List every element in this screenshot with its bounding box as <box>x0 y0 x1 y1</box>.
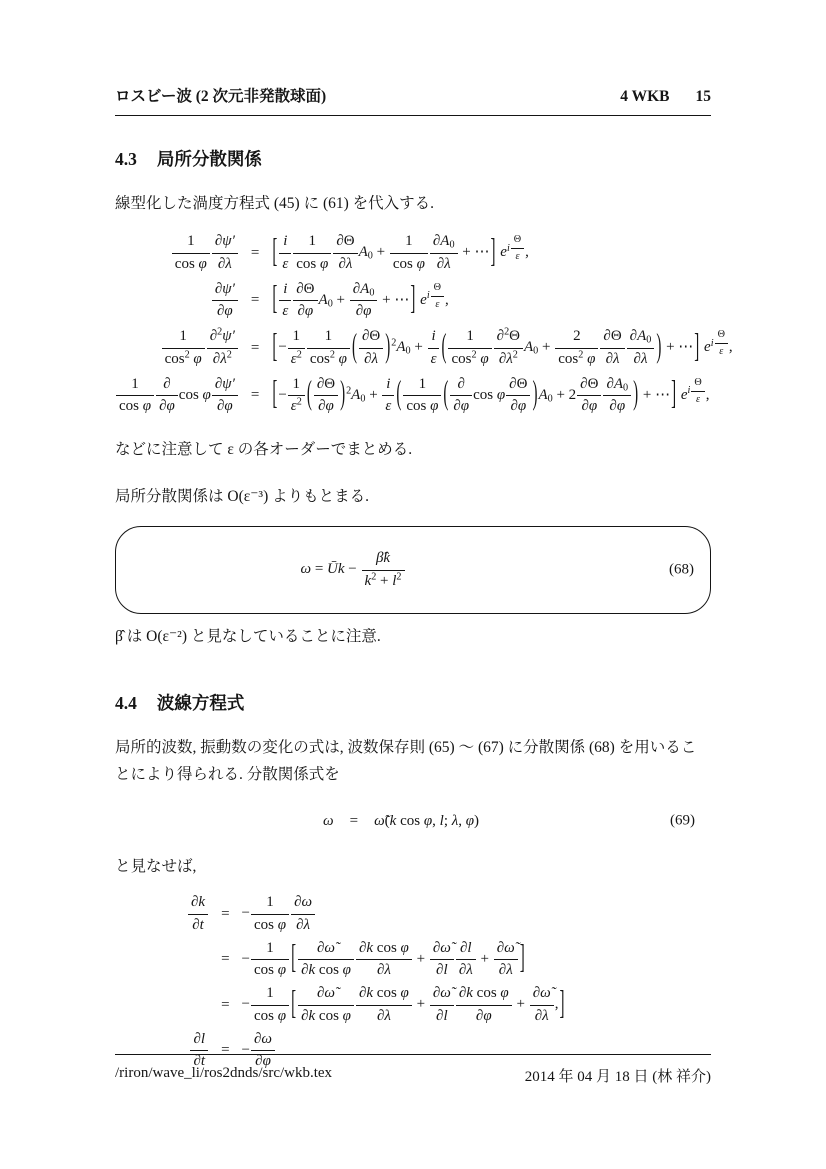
equation-number-68: (68) <box>669 562 694 579</box>
equation-rhs: [−1ε2(∂Θ∂φ)2A0 + iε(1cos φ(∂∂φcos φ∂Θ∂φ)… <box>271 376 732 416</box>
section-heading-4-3: 4.3 局所分散関係 <box>115 146 711 171</box>
equals-sign: = <box>239 387 271 404</box>
equation-block-ray: ∂k∂t = −1cos φ∂ω∂λ = −1cos φ[∂ω̃∂k cos φ… <box>187 894 711 1070</box>
equals-sign: = <box>209 997 241 1014</box>
header-section-label: 4 WKB <box>620 88 669 106</box>
page-header: ロスビー波 (2 次元非発散球面) 4 WKB 15 <box>115 84 711 116</box>
equation-69-line: ω = ω̃(k cos φ, l; λ, φ) (69) <box>115 804 711 838</box>
equation-lhs: 1cos2 φ∂2ψ′∂λ2 <box>161 328 239 368</box>
equals-sign: = <box>334 813 374 830</box>
equation-68: ω = Ūk − β̂kk2 + l2 <box>300 550 405 590</box>
equation-number-69: (69) <box>670 813 695 830</box>
paragraph-intro-4-3: 線型化した渦度方程式 (45) に (61) を代入する. <box>115 191 711 217</box>
equation-lhs: ∂ψ′∂φ <box>211 281 239 321</box>
header-page-number: 15 <box>696 88 712 106</box>
equation-rhs: −1cos φ[∂ω̃∂k cos φ∂k cos φ∂λ + ∂ω̃∂l∂l∂… <box>242 940 566 980</box>
section-title: 局所分散関係 <box>157 146 262 171</box>
section-heading-4-4: 4.4 波線方程式 <box>115 690 711 715</box>
equation-lhs: ω <box>323 813 334 830</box>
equals-sign: = <box>239 340 271 357</box>
paragraph-dispersion: 局所分散関係は O(ε⁻³) よりもとまる. <box>115 484 711 510</box>
equation-rhs: −1cos φ[∂ω̃∂k cos φ∂k cos φ∂λ + ∂ω̃∂l∂k … <box>242 985 566 1025</box>
footer-date-author: 2014 年 04 月 18 日 (林 祥介) <box>525 1065 711 1086</box>
equation-rhs: ω̃(k cos φ, l; λ, φ) <box>374 813 479 830</box>
equation-lhs: 1cos φ∂∂φcos φ∂ψ′∂φ <box>115 376 239 416</box>
paragraph-if: と見なせば, <box>115 854 711 880</box>
boxed-dispersion-relation: ω = Ūk − β̂kk2 + l2 (68) <box>115 526 711 614</box>
page-footer: /riron/wave_li/ros2dnds/src/wkb.tex 2014… <box>115 1054 711 1086</box>
page-content: ロスビー波 (2 次元非発散球面) 4 WKB 15 4.3 局所分散関係 線型… <box>115 0 711 1070</box>
paragraph-beta-note: β̂ は O(ε⁻²) と見なしていることに注意. <box>115 624 711 650</box>
section-number: 4.4 <box>115 693 137 714</box>
equation-block-substitution: 1cos φ∂ψ′∂λ = [iε1cos φ∂Θ∂λA0 + 1cos φ∂A… <box>115 233 711 415</box>
equals-sign: = <box>239 292 271 309</box>
header-title: ロスビー波 (2 次元非発散球面) <box>115 84 326 106</box>
equals-sign: = <box>209 951 241 968</box>
equals-sign: = <box>209 906 241 923</box>
equation-rhs: [iε∂Θ∂φA0 + ∂A0∂φ + ⋯] eiΘε, <box>271 281 732 321</box>
equation-lhs: ∂k∂t <box>187 894 209 934</box>
paragraph-order: などに注意して ε の各オーダーでまとめる. <box>115 437 711 463</box>
section-number: 4.3 <box>115 149 137 170</box>
equation-rhs: −1cos φ∂ω∂λ <box>242 894 566 934</box>
section-title: 波線方程式 <box>157 690 245 715</box>
equals-sign: = <box>239 245 271 262</box>
document-page: ロスビー波 (2 次元非発散球面) 4 WKB 15 4.3 局所分散関係 線型… <box>0 0 826 1169</box>
header-right: 4 WKB 15 <box>620 88 711 106</box>
paragraph-intro-4-4: 局所的波数, 振動数の変化の式は, 波数保存則 (65) 〜 (67) に分散関… <box>115 735 711 788</box>
equation-rhs: [iε1cos φ∂Θ∂λA0 + 1cos φ∂A0∂λ + ⋯] eiΘε, <box>271 233 732 273</box>
equation-rhs: [−1ε21cos2 φ(∂Θ∂λ)2A0 + iε(1cos2 φ∂2Θ∂λ2… <box>271 328 732 368</box>
footer-file-path: /riron/wave_li/ros2dnds/src/wkb.tex <box>115 1065 332 1086</box>
equation-69: ω = ω̃(k cos φ, l; λ, φ) <box>323 813 479 830</box>
equation-lhs: 1cos φ∂ψ′∂λ <box>171 233 239 273</box>
